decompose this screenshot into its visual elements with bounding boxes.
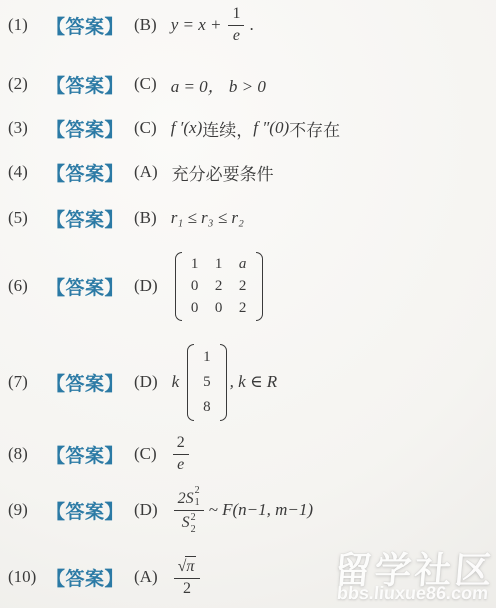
right-paren	[220, 344, 227, 421]
vector-cell: 5	[203, 374, 211, 391]
math-expression: r₁ ≤ r₃ ≤ r₂	[171, 208, 244, 228]
math-expression: k	[172, 372, 180, 392]
answer-row-7: (7) 【答案】 (D) k 1 5 8 , k ∈ R	[8, 334, 277, 430]
left-paren	[187, 344, 194, 421]
left-paren	[175, 252, 182, 321]
item-number: (4)	[8, 162, 42, 182]
text-fragment: 连续，	[202, 116, 253, 141]
matrix-cell: 1	[189, 256, 201, 273]
answer-tag: 【答案】	[46, 205, 124, 232]
choice-letter: (B)	[134, 208, 157, 228]
choice-letter: (C)	[134, 74, 157, 94]
superscript: 2	[191, 512, 196, 524]
radicand: π	[185, 556, 196, 576]
answer-row-3: (3) 【答案】 (C) f ′(x) 连续， f ″(0) 不存在	[8, 106, 340, 150]
item-number: (10)	[8, 567, 42, 587]
answer-row-4: (4) 【答案】 (A) 充分必要条件	[8, 150, 274, 194]
matrix-cell: a	[237, 256, 249, 273]
answer-tag: 【答案】	[46, 564, 124, 591]
watermark-url: bbs.liuxue86.com	[332, 584, 494, 602]
choice-letter: (D)	[134, 372, 158, 392]
fraction-denominator: e	[233, 26, 240, 45]
column-vector: 1 5 8	[187, 344, 227, 421]
matrix-cell: 0	[189, 300, 201, 317]
item-number: (8)	[8, 444, 42, 464]
answer-tag: 【答案】	[46, 441, 124, 468]
answer-row-2: (2) 【答案】 (C) a = 0， b > 0	[8, 62, 266, 106]
choice-letter: (D)	[134, 500, 158, 520]
matrix-cell: 1	[213, 256, 225, 273]
answer-row-5: (5) 【答案】 (B) r₁ ≤ r₃ ≤ r₂	[8, 196, 244, 240]
fraction: 2 e	[173, 434, 189, 475]
answer-row-8: (8) 【答案】 (C) 2 e	[8, 428, 191, 480]
answer-tag: 【答案】	[46, 12, 124, 39]
fraction-numerator: 2S	[178, 490, 194, 508]
matrix-cell: 2	[237, 278, 249, 295]
fraction-denominator: S	[182, 514, 190, 532]
right-paren	[256, 252, 263, 321]
fraction-denominator: e	[177, 455, 184, 474]
answer-row-9: (9) 【答案】 (D) 2S 2 1 S 2 2 ~ F(n−1, m−1)	[8, 484, 313, 536]
sup-sub: 2 2	[191, 512, 196, 535]
text-fragment: 充分必要条件	[172, 160, 274, 185]
answer-row-1: (1) 【答案】 (B) y = x + 1 e .	[8, 0, 254, 50]
answer-row-10: (10) 【答案】 (A) √ π 2	[8, 550, 202, 604]
subscript: 2	[191, 524, 196, 536]
fraction-numerator: 2	[177, 434, 185, 452]
watermark: 留学社区 bbs.liuxue86.com	[332, 552, 496, 602]
answer-tag: 【答案】	[46, 159, 124, 186]
choice-letter: (C)	[134, 118, 157, 138]
item-number: (2)	[8, 74, 42, 94]
matrix-cell: 2	[237, 300, 249, 317]
answer-tag: 【答案】	[46, 497, 124, 524]
item-number: (3)	[8, 118, 42, 138]
vector-cell: 8	[203, 399, 211, 416]
choice-letter: (B)	[134, 15, 157, 35]
choice-letter: (A)	[134, 567, 158, 587]
choice-letter: (A)	[134, 162, 158, 182]
answer-tag: 【答案】	[46, 115, 124, 142]
math-expression: a = 0， b > 0	[171, 72, 266, 97]
vector-cell: 1	[203, 349, 211, 366]
item-number: (9)	[8, 500, 42, 520]
answer-row-6: (6) 【答案】 (D) 1 1 a 0 2 2 0 0 2	[8, 244, 266, 328]
answer-tag: 【答案】	[46, 273, 124, 300]
choice-letter: (D)	[134, 276, 158, 296]
fraction: 2S 2 1 S 2 2	[174, 485, 204, 535]
math-expression: ~ F(n−1, m−1)	[209, 500, 313, 520]
fraction: 1 e	[228, 5, 244, 46]
fraction-denominator: 2	[183, 579, 191, 598]
item-number: (6)	[8, 276, 42, 296]
math-expression: f ″(0)	[253, 118, 289, 138]
answer-sheet: (1) 【答案】 (B) y = x + 1 e . (2) 【答案】 (C) …	[0, 0, 496, 608]
answer-tag: 【答案】	[46, 71, 124, 98]
matrix: 1 1 a 0 2 2 0 0 2	[175, 252, 263, 321]
matrix-cell: 2	[213, 278, 225, 295]
matrix-cell: 0	[189, 278, 201, 295]
fraction: √ π 2	[174, 556, 201, 599]
item-number: (5)	[8, 208, 42, 228]
choice-letter: (C)	[134, 444, 157, 464]
math-expression: .	[249, 15, 253, 35]
item-number: (1)	[8, 15, 42, 35]
answer-tag: 【答案】	[46, 369, 124, 396]
matrix-cell: 0	[213, 300, 225, 317]
fraction-numerator: 1	[232, 5, 240, 23]
sup-sub: 2 1	[195, 485, 200, 508]
item-number: (7)	[8, 372, 42, 392]
superscript: 2	[195, 485, 200, 497]
math-expression: , k ∈ R	[230, 372, 278, 392]
math-expression: f ′(x)	[171, 118, 203, 138]
math-expression: y = x +	[171, 15, 222, 35]
text-fragment: 不存在	[289, 116, 340, 141]
subscript: 1	[195, 497, 200, 509]
